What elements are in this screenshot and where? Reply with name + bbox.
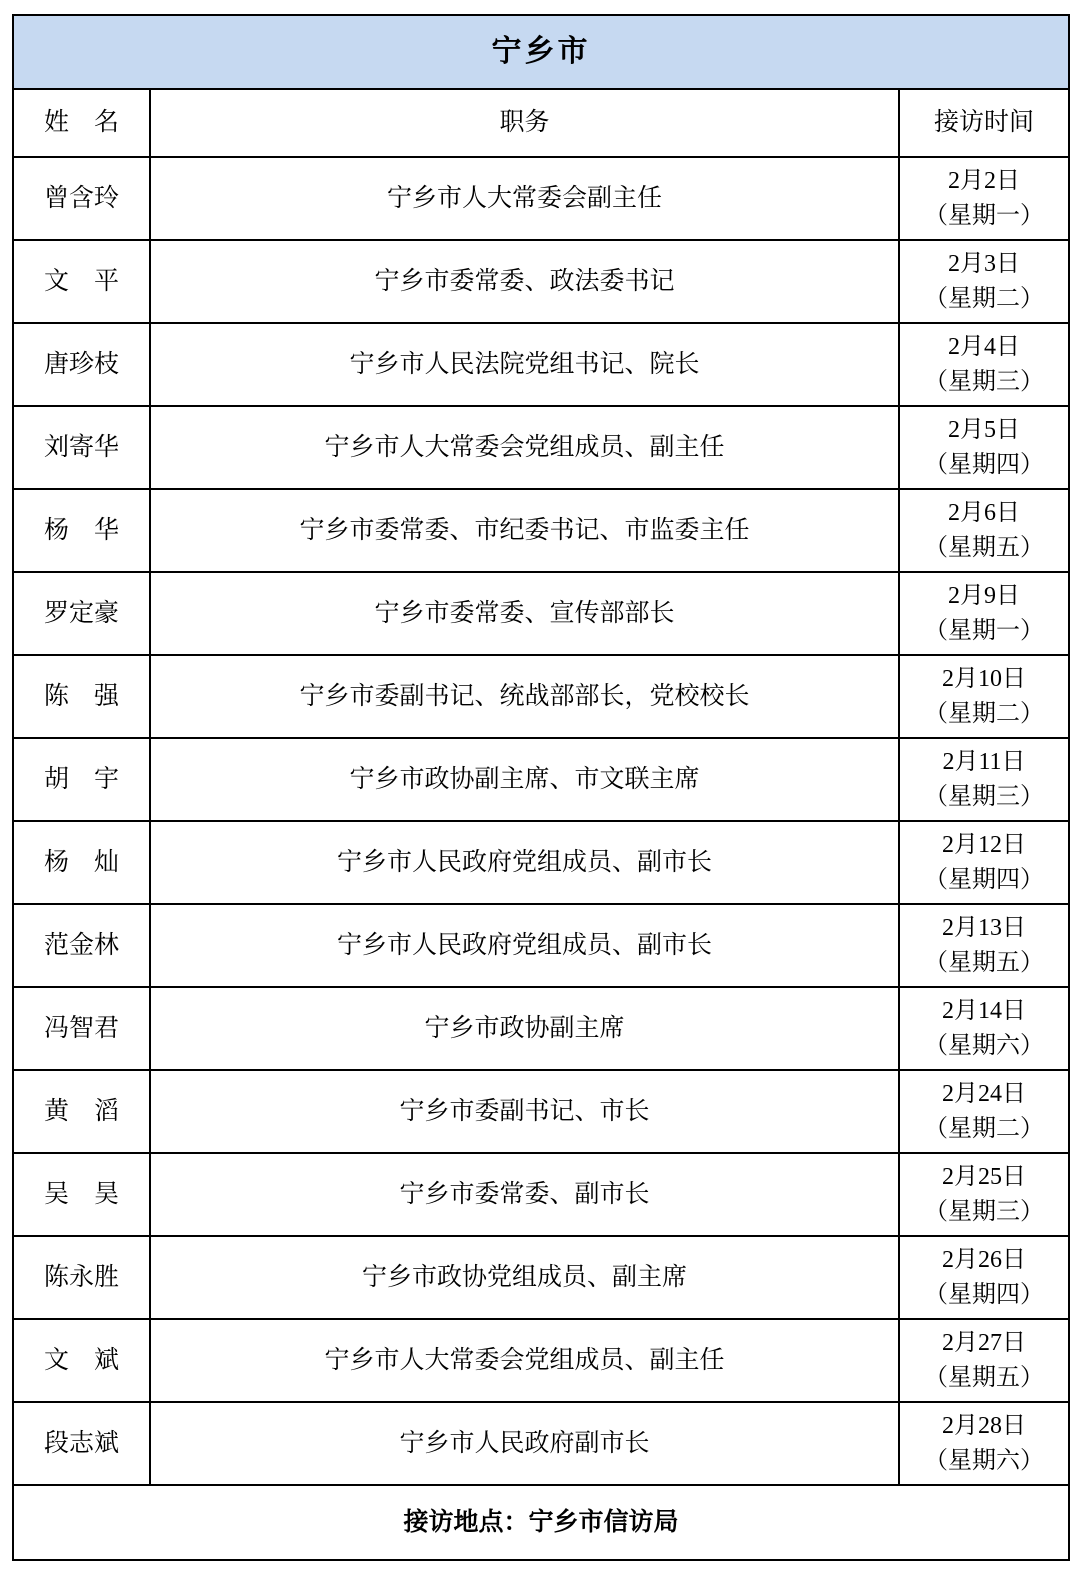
weekday-text: （星期四）: [904, 1278, 1064, 1313]
table-row: 吴 昊 宁乡市委常委、副市长 2月25日 （星期三）: [13, 1153, 1069, 1236]
date-text: 2月5日: [904, 413, 1064, 448]
date-text: 2月11日: [904, 745, 1064, 780]
position-cell: 宁乡市人民政府党组成员、副市长: [150, 904, 899, 987]
time-cell: 2月6日 （星期五）: [899, 489, 1069, 572]
table-row: 文 斌 宁乡市人大常委会党组成员、副主任 2月27日 （星期五）: [13, 1319, 1069, 1402]
position-cell: 宁乡市政协党组成员、副主席: [150, 1236, 899, 1319]
weekday-text: （星期六）: [904, 1444, 1064, 1479]
name-cell: 杨 华: [13, 489, 150, 572]
weekday-text: （星期五）: [904, 1361, 1064, 1396]
date-text: 2月24日: [904, 1077, 1064, 1112]
time-cell: 2月4日 （星期三）: [899, 323, 1069, 406]
position-cell: 宁乡市人民政府副市长: [150, 1402, 899, 1485]
time-cell: 2月3日 （星期二）: [899, 240, 1069, 323]
name-cell: 冯智君: [13, 987, 150, 1070]
time-cell: 2月14日 （星期六）: [899, 987, 1069, 1070]
name-cell: 范金林: [13, 904, 150, 987]
table-row: 杨 灿 宁乡市人民政府党组成员、副市长 2月12日 （星期四）: [13, 821, 1069, 904]
weekday-text: （星期四）: [904, 863, 1064, 898]
position-cell: 宁乡市委常委、宣传部部长: [150, 572, 899, 655]
date-text: 2月6日: [904, 496, 1064, 531]
table-row: 段志斌 宁乡市人民政府副市长 2月28日 （星期六）: [13, 1402, 1069, 1485]
time-cell: 2月12日 （星期四）: [899, 821, 1069, 904]
position-cell: 宁乡市人大常委会党组成员、副主任: [150, 406, 899, 489]
name-cell: 胡 宇: [13, 738, 150, 821]
title-row: 宁乡市: [13, 15, 1069, 89]
weekday-text: （星期一）: [904, 199, 1064, 234]
footer-row: 接访地点：宁乡市信访局: [13, 1485, 1069, 1560]
date-text: 2月12日: [904, 828, 1064, 863]
position-cell: 宁乡市人大常委会党组成员、副主任: [150, 1319, 899, 1402]
weekday-text: （星期三）: [904, 365, 1064, 400]
table-foot: 接访地点：宁乡市信访局: [13, 1485, 1069, 1560]
weekday-text: （星期五）: [904, 531, 1064, 566]
time-cell: 2月28日 （星期六）: [899, 1402, 1069, 1485]
name-cell: 黄 滔: [13, 1070, 150, 1153]
date-text: 2月2日: [904, 164, 1064, 199]
name-cell: 文 斌: [13, 1319, 150, 1402]
time-cell: 2月26日 （星期四）: [899, 1236, 1069, 1319]
table-row: 陈 强 宁乡市委副书记、统战部部长，党校校长 2月10日 （星期二）: [13, 655, 1069, 738]
table-row: 曾含玲 宁乡市人大常委会副主任 2月2日 （星期一）: [13, 157, 1069, 240]
name-cell: 段志斌: [13, 1402, 150, 1485]
table-row: 胡 宇 宁乡市政协副主席、市文联主席 2月11日 （星期三）: [13, 738, 1069, 821]
column-header-name: 姓 名: [13, 89, 150, 157]
position-cell: 宁乡市委副书记、统战部部长，党校校长: [150, 655, 899, 738]
table-row: 陈永胜 宁乡市政协党组成员、副主席 2月26日 （星期四）: [13, 1236, 1069, 1319]
date-text: 2月3日: [904, 247, 1064, 282]
position-cell: 宁乡市政协副主席: [150, 987, 899, 1070]
table-row: 冯智君 宁乡市政协副主席 2月14日 （星期六）: [13, 987, 1069, 1070]
table-body: 曾含玲 宁乡市人大常委会副主任 2月2日 （星期一） 文 平 宁乡市委常委、政法…: [13, 157, 1069, 1485]
position-cell: 宁乡市委常委、政法委书记: [150, 240, 899, 323]
position-cell: 宁乡市委常委、市纪委书记、市监委主任: [150, 489, 899, 572]
name-cell: 杨 灿: [13, 821, 150, 904]
position-cell: 宁乡市委常委、副市长: [150, 1153, 899, 1236]
weekday-text: （星期二）: [904, 282, 1064, 317]
weekday-text: （星期二）: [904, 697, 1064, 732]
column-header-position: 职务: [150, 89, 899, 157]
name-cell: 罗定豪: [13, 572, 150, 655]
name-cell: 唐珍枝: [13, 323, 150, 406]
date-text: 2月27日: [904, 1326, 1064, 1361]
table-row: 黄 滔 宁乡市委副书记、市长 2月24日 （星期二）: [13, 1070, 1069, 1153]
time-cell: 2月24日 （星期二）: [899, 1070, 1069, 1153]
reception-location: 接访地点：宁乡市信访局: [13, 1485, 1069, 1560]
table-row: 范金林 宁乡市人民政府党组成员、副市长 2月13日 （星期五）: [13, 904, 1069, 987]
column-header-row: 姓 名 职务 接访时间: [13, 89, 1069, 157]
weekday-text: （星期三）: [904, 780, 1064, 815]
date-text: 2月13日: [904, 911, 1064, 946]
time-cell: 2月9日 （星期一）: [899, 572, 1069, 655]
weekday-text: （星期二）: [904, 1112, 1064, 1147]
time-cell: 2月10日 （星期二）: [899, 655, 1069, 738]
weekday-text: （星期五）: [904, 946, 1064, 981]
table-title: 宁乡市: [13, 15, 1069, 89]
time-cell: 2月27日 （星期五）: [899, 1319, 1069, 1402]
name-cell: 曾含玲: [13, 157, 150, 240]
table-row: 文 平 宁乡市委常委、政法委书记 2月3日 （星期二）: [13, 240, 1069, 323]
weekday-text: （星期六）: [904, 1029, 1064, 1064]
date-text: 2月14日: [904, 994, 1064, 1029]
name-cell: 文 平: [13, 240, 150, 323]
time-cell: 2月11日 （星期三）: [899, 738, 1069, 821]
position-cell: 宁乡市人民政府党组成员、副市长: [150, 821, 899, 904]
weekday-text: （星期四）: [904, 448, 1064, 483]
name-cell: 陈 强: [13, 655, 150, 738]
time-cell: 2月25日 （星期三）: [899, 1153, 1069, 1236]
page: 宁乡市 姓 名 职务 接访时间 曾含玲 宁乡市人大常委会副主任 2月2日 （星期…: [0, 0, 1080, 1575]
date-text: 2月9日: [904, 579, 1064, 614]
table-head: 宁乡市 姓 名 职务 接访时间: [13, 15, 1069, 157]
date-text: 2月25日: [904, 1160, 1064, 1195]
name-cell: 刘寄华: [13, 406, 150, 489]
position-cell: 宁乡市人民法院党组书记、院长: [150, 323, 899, 406]
table-row: 唐珍枝 宁乡市人民法院党组书记、院长 2月4日 （星期三）: [13, 323, 1069, 406]
position-cell: 宁乡市委副书记、市长: [150, 1070, 899, 1153]
time-cell: 2月13日 （星期五）: [899, 904, 1069, 987]
reception-schedule-table: 宁乡市 姓 名 职务 接访时间 曾含玲 宁乡市人大常委会副主任 2月2日 （星期…: [12, 14, 1070, 1561]
date-text: 2月26日: [904, 1243, 1064, 1278]
name-cell: 吴 昊: [13, 1153, 150, 1236]
position-cell: 宁乡市政协副主席、市文联主席: [150, 738, 899, 821]
weekday-text: （星期三）: [904, 1195, 1064, 1230]
time-cell: 2月2日 （星期一）: [899, 157, 1069, 240]
column-header-time: 接访时间: [899, 89, 1069, 157]
table-row: 刘寄华 宁乡市人大常委会党组成员、副主任 2月5日 （星期四）: [13, 406, 1069, 489]
name-cell: 陈永胜: [13, 1236, 150, 1319]
time-cell: 2月5日 （星期四）: [899, 406, 1069, 489]
table-row: 罗定豪 宁乡市委常委、宣传部部长 2月9日 （星期一）: [13, 572, 1069, 655]
position-cell: 宁乡市人大常委会副主任: [150, 157, 899, 240]
date-text: 2月10日: [904, 662, 1064, 697]
table-row: 杨 华 宁乡市委常委、市纪委书记、市监委主任 2月6日 （星期五）: [13, 489, 1069, 572]
date-text: 2月4日: [904, 330, 1064, 365]
date-text: 2月28日: [904, 1409, 1064, 1444]
weekday-text: （星期一）: [904, 614, 1064, 649]
